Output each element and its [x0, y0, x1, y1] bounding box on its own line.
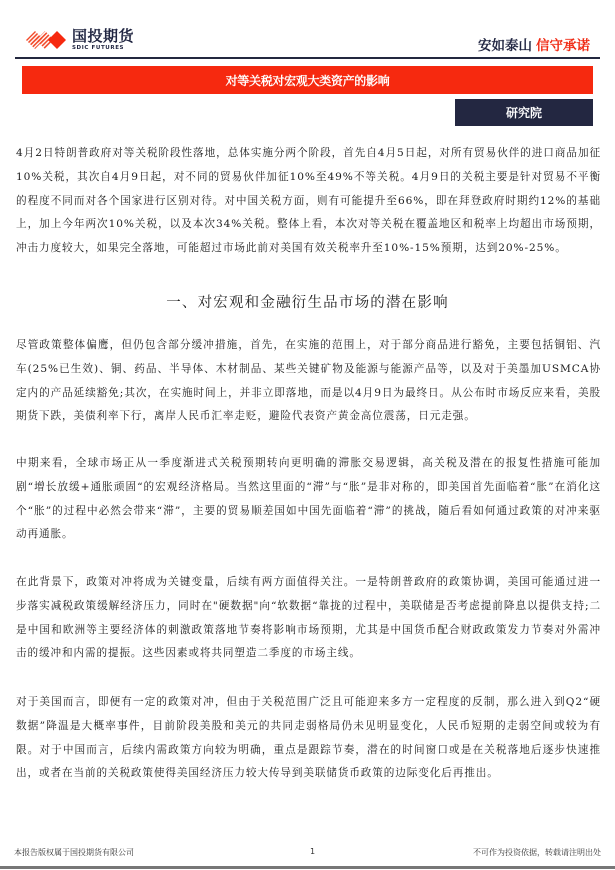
body-paragraph-2: 中期来看，全球市场正从一季度渐进式关税预期转向更明确的滞胀交易逻辑，高关税及潜在…	[16, 452, 601, 547]
footer-copyright: 本报告版权属于国投期货有限公司	[14, 847, 134, 858]
body-paragraph-4: 对于美国而言，即便有一定的政策对冲，但由于关税范围广泛且可能迎来多方一定程度的反…	[16, 691, 601, 786]
page-number: 1	[310, 847, 315, 856]
department-badge: 研究院	[455, 99, 593, 126]
footer-disclaimer: 不可作为投资依据，转载请注明出处	[473, 847, 601, 858]
report-title-banner: 对等关税对宏观大类资产的影响	[22, 66, 593, 94]
logo-english-name: SDIC FUTURES	[72, 46, 134, 52]
company-tagline: 安如泰山信守承诺	[478, 34, 590, 54]
page-footer: 本报告版权属于国投期货有限公司 1 不可作为投资依据，转载请注明出处	[14, 847, 601, 863]
header-divider	[15, 57, 600, 59]
section-heading: 一、对宏观和金融衍生品市场的潜在影响	[0, 291, 615, 312]
logo-diamond-icon	[24, 29, 68, 51]
footer-divider	[0, 866, 615, 869]
company-logo: 国投期货 SDIC FUTURES	[24, 26, 134, 54]
logo-chinese-name: 国投期货	[72, 29, 134, 44]
tagline-part-2: 信守承诺	[536, 38, 590, 54]
body-paragraph-3: 在此背景下，政策对冲将成为关键变量，后续有两方面值得关注。一是特朗普政府的政策协…	[16, 571, 601, 666]
intro-paragraph: 4月2日特朗普政府对等关税阶段性落地，总体实施分两个阶段，首先自4月5日起，对所…	[16, 142, 601, 261]
tagline-part-1: 安如泰山	[478, 38, 532, 54]
body-paragraph-1: 尽管政策整体偏鹰，但仍包含部分缓冲措施，首先，在实施的范围上，对于部分商品进行豁…	[16, 334, 601, 429]
